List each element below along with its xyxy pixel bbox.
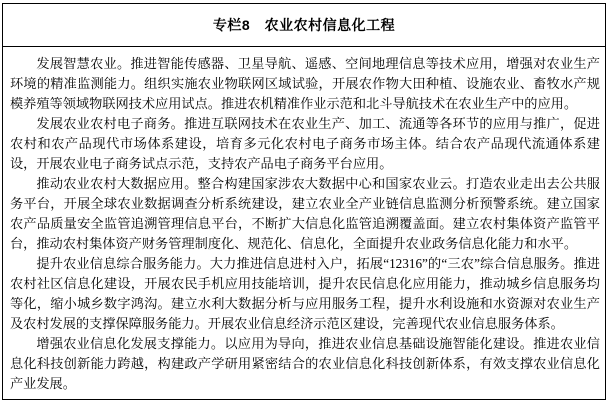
paragraph-smart-agriculture: 发展智慧农业。推进智能传感器、卫星导航、遥感、空间地理信息等技术应用，增强对农业… — [10, 54, 600, 114]
paragraph-support-capacity: 增强农业信息化发展支撑能力。以应用为导向，推进农业信息基础设施智能化建设。推进农… — [10, 334, 600, 394]
paragraph-information-services: 提升农业信息综合服务能力。大力推进信息进村入户，拓展“12316”的“三农”综合… — [10, 254, 600, 334]
feature-box: 专栏8 农业农村信息化工程 发展智慧农业。推进智能传感器、卫星导航、遥感、空间地… — [2, 3, 606, 400]
box-title: 专栏8 农业农村信息化工程 — [3, 4, 605, 47]
paragraph-ecommerce: 发展农业农村电子商务。推进互联网技术在农业生产、加工、流通等各环节的应用与推广，… — [10, 114, 600, 174]
box-body: 发展智慧农业。推进智能传感器、卫星导航、遥感、空间地理信息等技术应用，增强对农业… — [3, 47, 605, 394]
paragraph-big-data: 推动农业农村大数据应用。整合构建国家涉农大数据中心和国家农业云。打造农业走出去公… — [10, 174, 600, 254]
